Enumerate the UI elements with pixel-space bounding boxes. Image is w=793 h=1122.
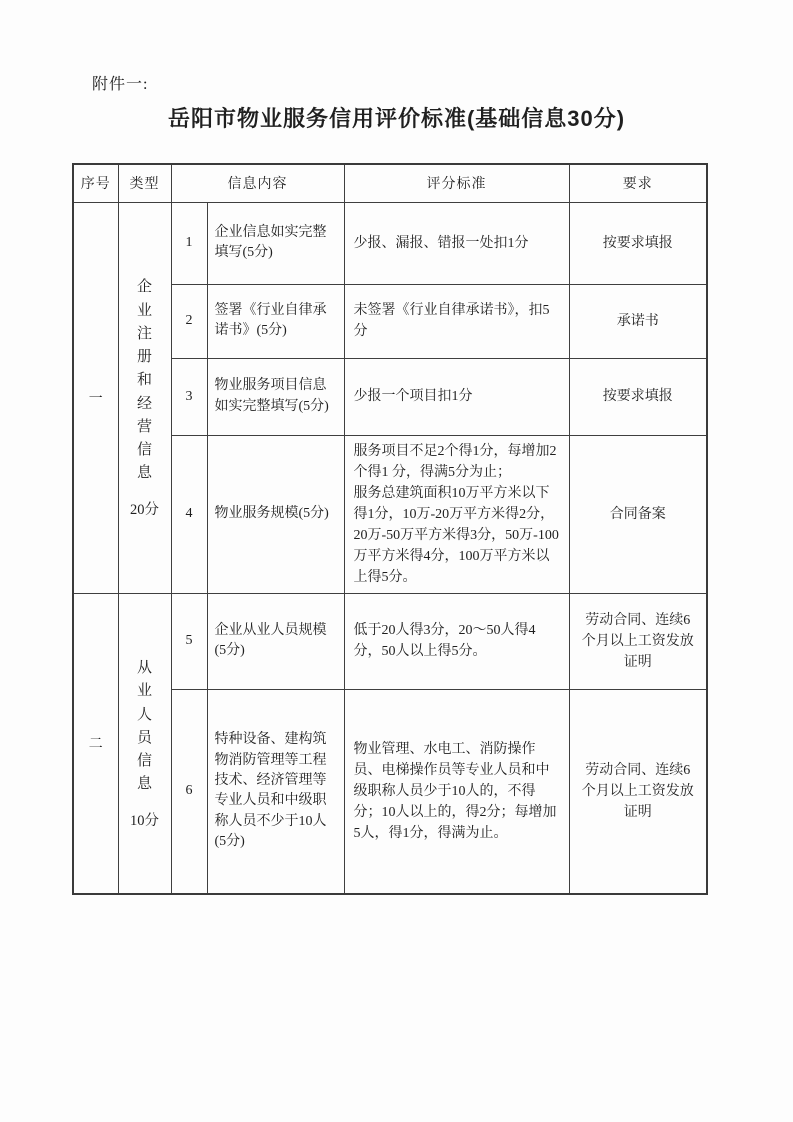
row1-requirement: 按要求填报 — [569, 202, 707, 284]
row2-requirement: 承诺书 — [569, 284, 707, 358]
section1-type-score: 20分 — [130, 498, 159, 519]
attachment-label: 附件一: — [92, 71, 148, 94]
row6-content: 特种设备、建构筑物消防管理等工程技术、经济管理等专业人员和中级职称人员不少于10… — [207, 689, 344, 894]
row3-criteria: 少报一个项目扣1分 — [344, 358, 569, 435]
row2-criteria: 未签署《行业自律承诺书》，扣5分 — [344, 284, 569, 358]
row3-number: 3 — [171, 358, 207, 435]
row3-requirement: 按要求填报 — [569, 358, 707, 435]
document-page: { "page": { "attachment_label": "附件一:", … — [0, 0, 793, 1122]
row5-content: 企业从业人员规模(5分) — [207, 593, 344, 689]
table-row: 二 从业人员信息 10分 5 企业从业人员规模(5分) 低于20人得3分，20～… — [73, 593, 707, 689]
section2-type-score: 10分 — [130, 809, 159, 830]
row2-number: 2 — [171, 284, 207, 358]
column-header-requirement: 要求 — [569, 164, 707, 202]
column-header-type: 类型 — [118, 164, 171, 202]
section2-index: 二 — [73, 593, 118, 894]
credit-standards-table: 序号 类型 信息内容 评分标准 要求 一 企业注册和经营信息 20分 1 企业信… — [72, 163, 708, 895]
page-title: 岳阳市物业服务信用评价标准(基础信息30分) — [0, 102, 793, 133]
row2-content: 签署《行业自律承诺书》(5分) — [207, 284, 344, 358]
row5-number: 5 — [171, 593, 207, 689]
row4-number: 4 — [171, 435, 207, 593]
row5-criteria: 低于20人得3分，20～50人得4分，50人以上得5分。 — [344, 593, 569, 689]
table-header-row: 序号 类型 信息内容 评分标准 要求 — [73, 164, 707, 202]
section1-type-label: 企业注册和经营信息 — [137, 276, 153, 485]
row4-criteria: 服务项目不足2个得1分，每增加2个得1 分，得满5分为止； 服务总建筑面积10万… — [344, 435, 569, 593]
section2-type: 从业人员信息 10分 — [118, 593, 171, 894]
row3-content: 物业服务项目信息如实完整填写(5分) — [207, 358, 344, 435]
row6-number: 6 — [171, 689, 207, 894]
row1-number: 1 — [171, 202, 207, 284]
section1-index: 一 — [73, 202, 118, 593]
section2-type-label: 从业人员信息 — [137, 657, 153, 797]
table-row: 一 企业注册和经营信息 20分 1 企业信息如实完整填写(5分) 少报、漏报、错… — [73, 202, 707, 284]
row1-criteria: 少报、漏报、错报一处扣1分 — [344, 202, 569, 284]
row1-content: 企业信息如实完整填写(5分) — [207, 202, 344, 284]
row4-content: 物业服务规模(5分) — [207, 435, 344, 593]
column-header-index: 序号 — [73, 164, 118, 202]
column-header-criteria: 评分标准 — [344, 164, 569, 202]
section1-type: 企业注册和经营信息 20分 — [118, 202, 171, 593]
row5-requirement: 劳动合同、连续6个月以上工资发放证明 — [569, 593, 707, 689]
row6-requirement: 劳动合同、连续6个月以上工资发放证明 — [569, 689, 707, 894]
column-header-content: 信息内容 — [171, 164, 344, 202]
row4-requirement: 合同备案 — [569, 435, 707, 593]
row6-criteria: 物业管理、水电工、消防操作员、电梯操作员等专业人员和中级职称人员少于10人的，不… — [344, 689, 569, 894]
